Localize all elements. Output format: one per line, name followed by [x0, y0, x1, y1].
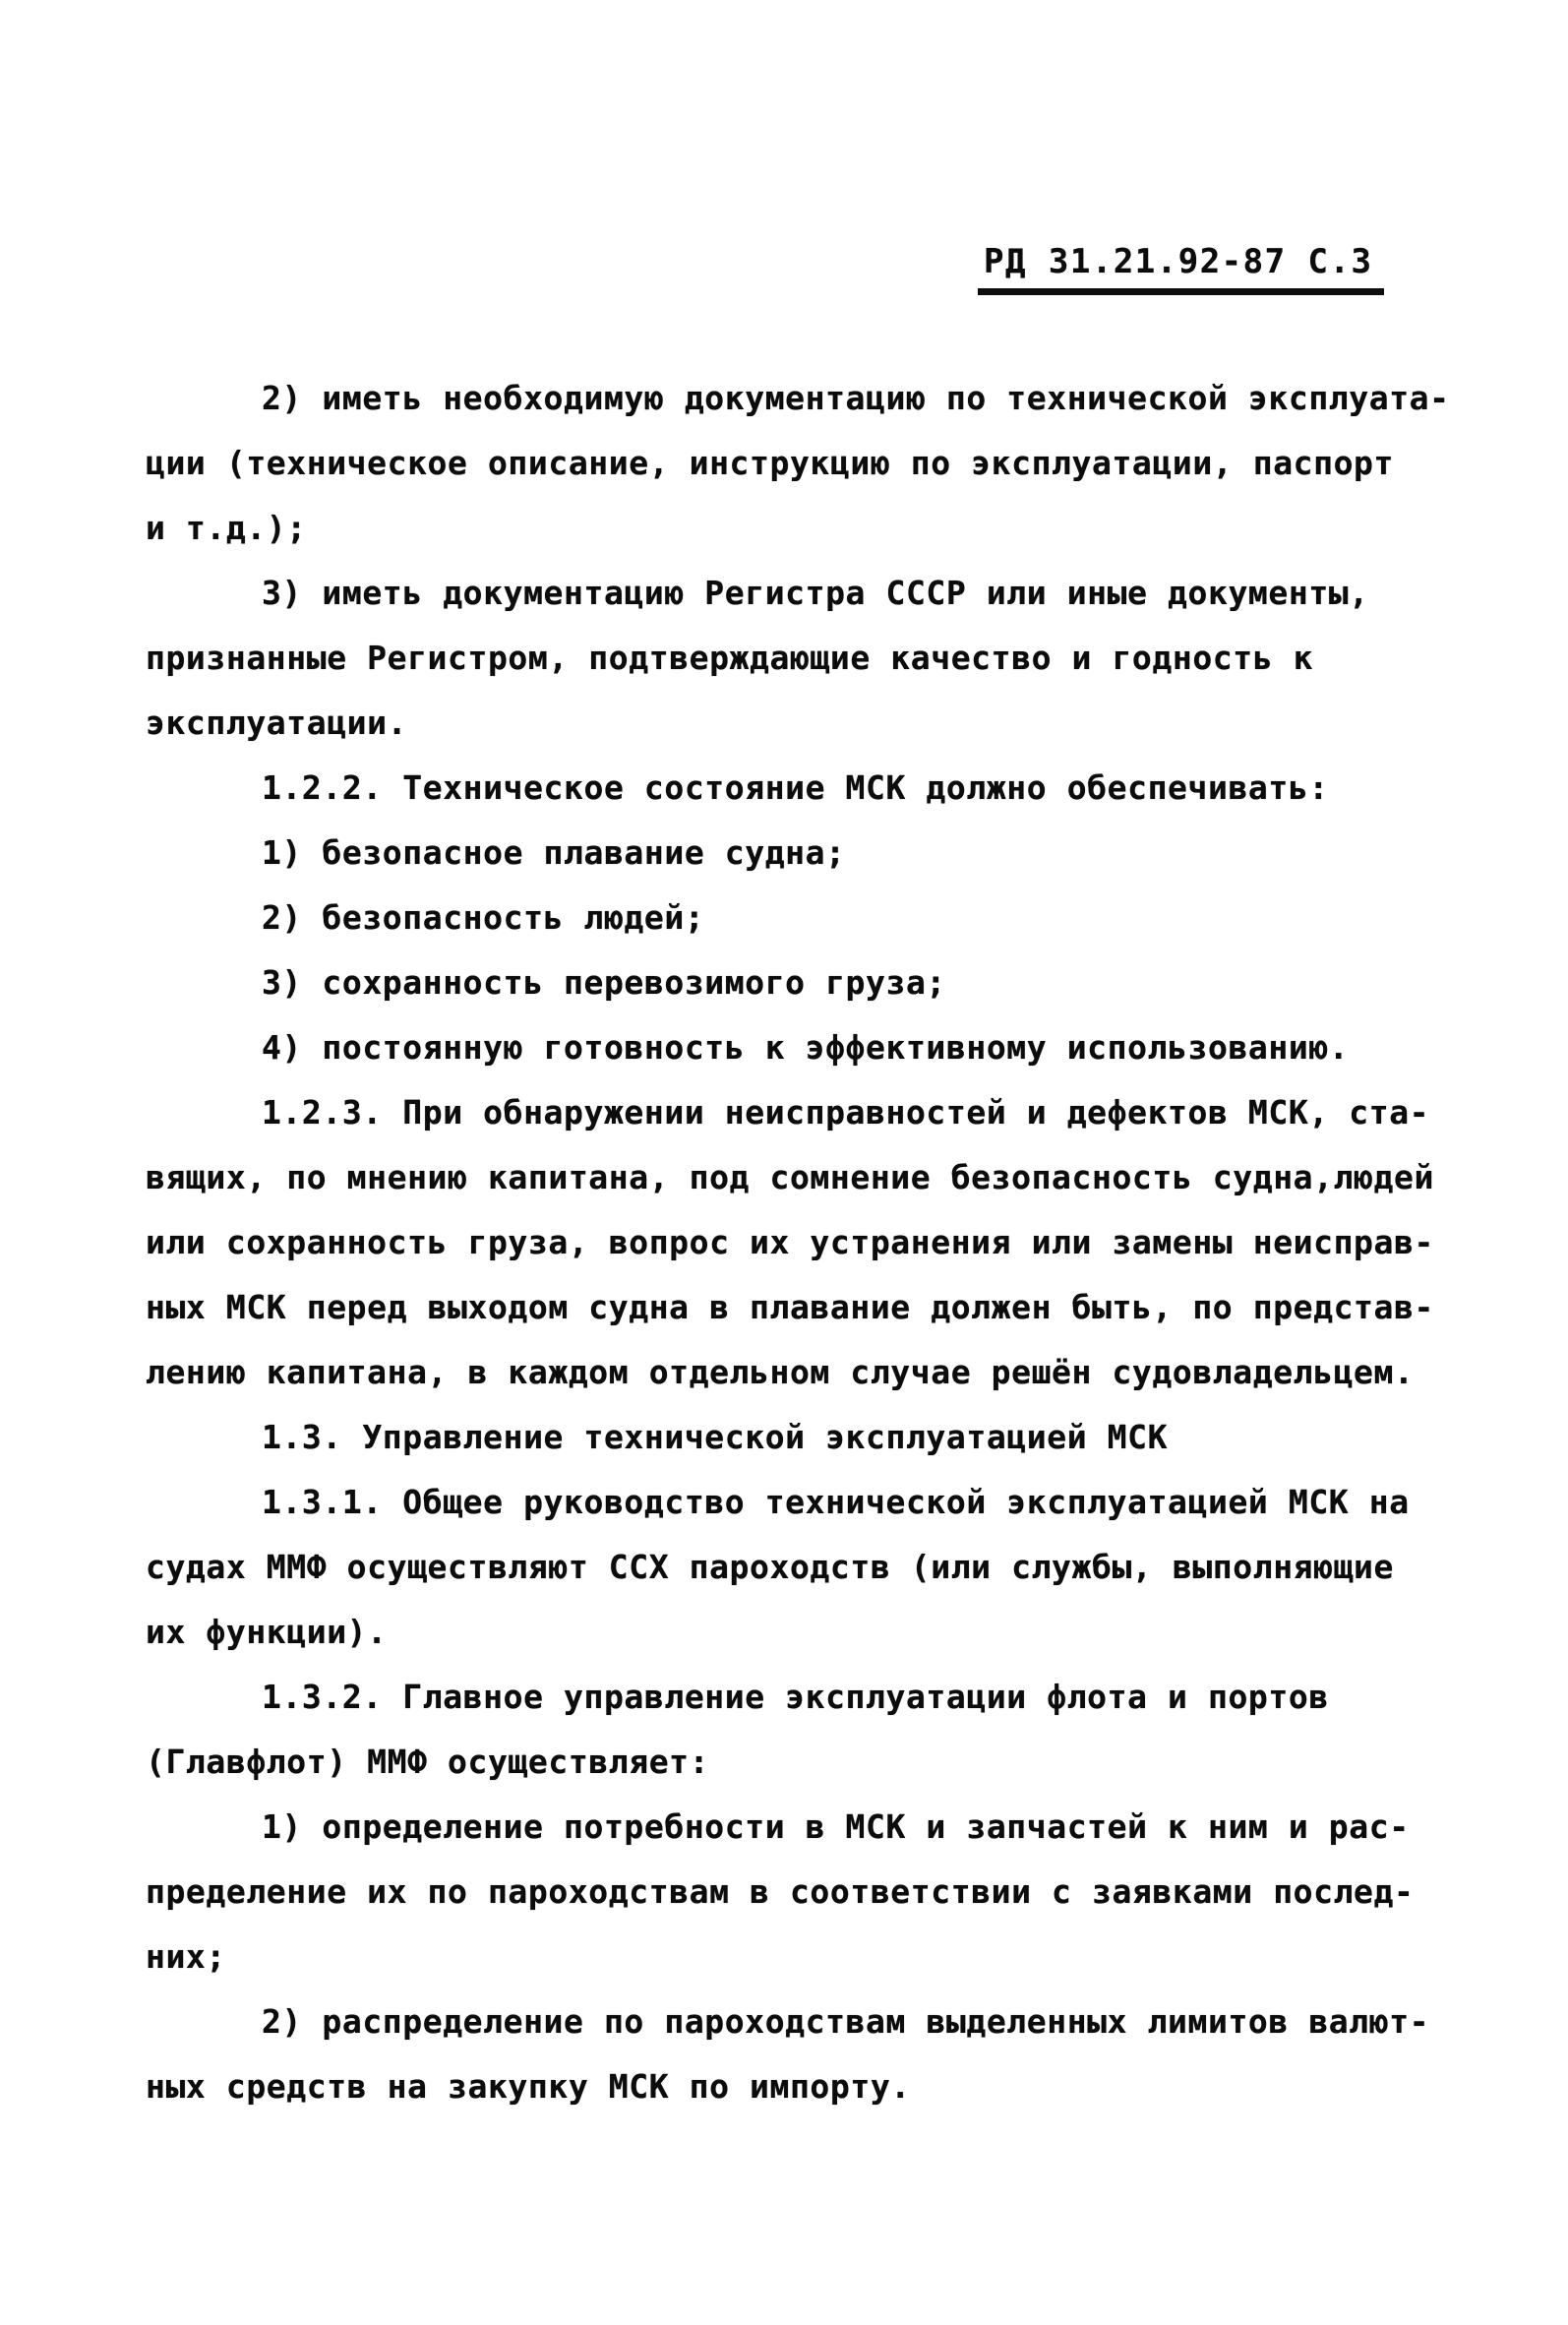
- text-line: вящих, по мнению капитана, под сомнение …: [146, 1145, 1454, 1210]
- text-line: 2) безопасность людей;: [146, 886, 1454, 950]
- document-code-header: РД 31.21.92-87 С.3: [978, 242, 1384, 295]
- text-line: ции (техническое описание, инструкцию по…: [146, 431, 1454, 496]
- text-line: 1.3.1. Общее руководство технической экс…: [146, 1470, 1454, 1535]
- text-line: лению капитана, в каждом отдельном случа…: [146, 1340, 1454, 1405]
- text-line: или сохранность груза, вопрос их устране…: [146, 1210, 1454, 1275]
- text-line: (Главфлот) ММФ осуществляет:: [146, 1730, 1454, 1795]
- text-line: и т.д.);: [146, 496, 1454, 561]
- document-body: 2) иметь необходимую документацию по тех…: [146, 366, 1454, 2119]
- text-line: 2) распределение по пароходствам выделен…: [146, 1989, 1454, 2054]
- text-line: 3) сохранность перевозимого груза;: [146, 950, 1454, 1015]
- text-line: пределение их по пароходствам в соответс…: [146, 1860, 1454, 1925]
- scanned-document-page: РД 31.21.92-87 С.3 2) иметь необходимую …: [0, 0, 1568, 2325]
- text-line: них;: [146, 1925, 1454, 1989]
- text-line: судах ММФ осуществляют ССХ пароходств (и…: [146, 1535, 1454, 1600]
- text-line: 1.3.2. Главное управление эксплуатации ф…: [146, 1665, 1454, 1730]
- text-line: 1.2.2. Техническое состояние МСК должно …: [146, 756, 1454, 821]
- text-line: 4) постоянную готовность к эффективному …: [146, 1015, 1454, 1080]
- text-line: 1) безопасное плавание судна;: [146, 821, 1454, 886]
- text-line: признанные Регистром, подтверждающие кач…: [146, 626, 1454, 691]
- text-line: 2) иметь необходимую документацию по тех…: [146, 366, 1454, 431]
- text-line: ных МСК перед выходом судна в плавание д…: [146, 1275, 1454, 1340]
- text-line: их функции).: [146, 1600, 1454, 1665]
- text-line: ных средств на закупку МСК по импорту.: [146, 2054, 1454, 2119]
- text-line: 1.2.3. При обнаружении неисправностей и …: [146, 1080, 1454, 1145]
- text-line: 3) иметь документацию Регистра СССР или …: [146, 561, 1454, 626]
- text-line: 1.3. Управление технической эксплуатацие…: [146, 1405, 1454, 1470]
- text-line: 1) определение потребности в МСК и запча…: [146, 1795, 1454, 1860]
- text-line: эксплуатации.: [146, 691, 1454, 756]
